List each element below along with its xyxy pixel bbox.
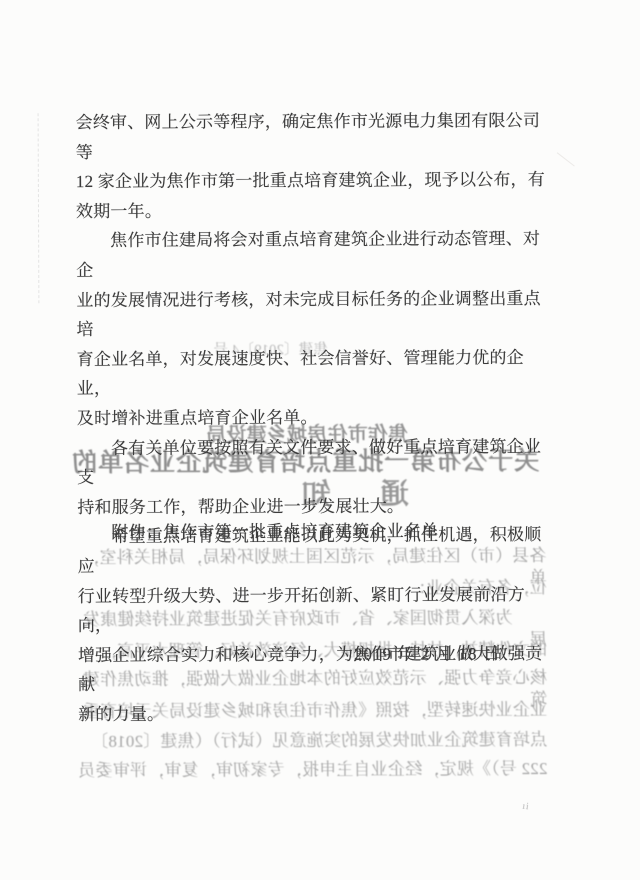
document-date: 2019 年 2 月 18 日 (354, 639, 501, 665)
attachment-line: 附件：焦作市第一批重点培育建筑企业名单 (77, 516, 547, 548)
document-paragraph: 各有关单位要按照有关文件要求、做好重点培育建筑企业支 持和服务工作，帮助企业进一… (77, 432, 547, 523)
document-paragraph: 会终审、网上公示等程序，确定焦作市光源电力集团有限公司等 12 家企业为焦作市第… (76, 106, 547, 226)
document-body: 会终审、网上公示等程序，确定焦作市光源电力集团有限公司等 12 家企业为焦作市第… (76, 106, 549, 730)
bleed-through-layer: 焦建〔2019〕4 号 焦作市住房城乡建设局 关于公布第一批重点培育建筑企业名单… (0, 0, 638, 1)
scan-corner-smudge: ıi (522, 801, 530, 812)
bleed-through-line: 点培育建筑企业加快发展的实施意见（试行）（焦建〔2018〕 (75, 729, 547, 753)
scanned-document-page: 焦建〔2019〕4 号 焦作市住房城乡建设局 关于公布第一批重点培育建筑企业名单… (0, 0, 640, 880)
document-paragraph: 焦作市住建局将会对重点培育建筑企业进行动态管理、对企 业的发展情况进行考核，对未… (76, 224, 547, 433)
page-content: 焦建〔2019〕4 号 焦作市住房城乡建设局 关于公布第一批重点培育建筑企业名单… (0, 0, 640, 880)
scan-scratch-mark (557, 152, 575, 166)
scan-fold-mark (38, 113, 40, 303)
document-paragraph: 希望重点培育建筑企业能以此为契机，抓住机遇，积极顺应 行业转型升级大势、进一步开… (77, 520, 548, 729)
bleed-through-line: 222 号）》规定，经企业自主申报，专家初审，复审，评审委员 (75, 758, 547, 782)
